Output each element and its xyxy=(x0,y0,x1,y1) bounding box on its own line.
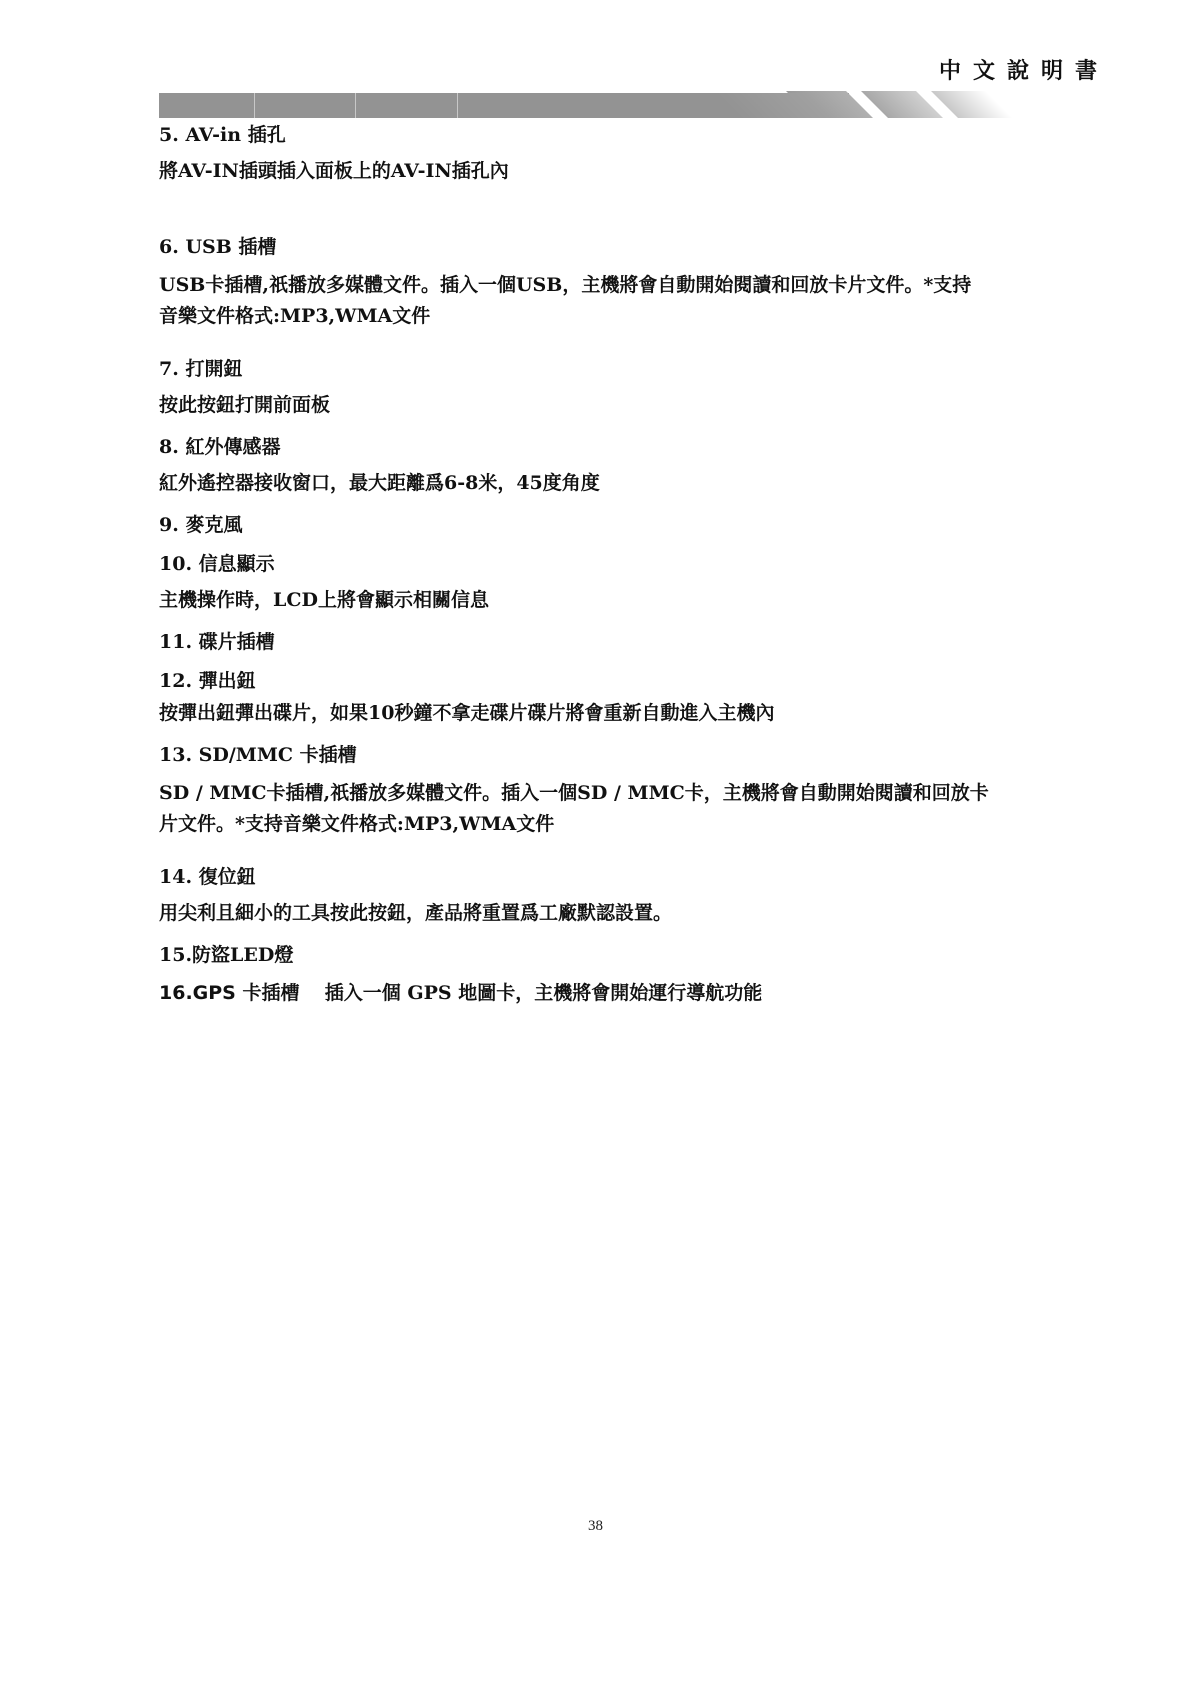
section-heading: 9. 麥克風 xyxy=(159,512,242,538)
section-body: 音樂文件格式:MP3,WMA文件 xyxy=(159,301,1119,332)
section-heading: 14. 復位鈕 xyxy=(159,864,672,890)
section-heading: 8. 紅外傳感器 xyxy=(159,434,600,460)
section-gps-slot: 16.GPS 卡插槽 插入一個 GPS 地圖卡，主機將會開始運行導航功能 xyxy=(159,980,762,1006)
section-body: SD / MMC卡插槽,祇播放多媒體文件。插入一個SD / MMC卡，主機將會自… xyxy=(159,778,1119,809)
section-body: 將AV-IN插頭插入面板上的AV-IN插孔內 xyxy=(159,156,509,187)
section-body: 紅外遙控器接收窗口，最大距離爲6-8米，45度角度 xyxy=(159,468,600,499)
section-anti-theft-led: 15.防盜LED燈 xyxy=(159,942,293,968)
header-band-divider xyxy=(355,93,356,118)
header-stripe xyxy=(931,91,1013,118)
section-body: 主機操作時，LCD上將會顯示相關信息 xyxy=(159,585,489,616)
section-heading: 16.GPS 卡插槽 xyxy=(159,982,299,1004)
section-body: 用尖利且細小的工具按此按鈕，產品將重置爲工廠默認設置。 xyxy=(159,898,672,929)
section-body: 按此按鈕打開前面板 xyxy=(159,390,330,421)
section-heading: 6. USB 插槽 xyxy=(159,234,1119,260)
section-sd-mmc: 13. SD/MMC 卡插槽 SD / MMC卡插槽,祇播放多媒體文件。插入一個… xyxy=(159,742,1119,840)
section-ir-sensor: 8. 紅外傳感器 紅外遙控器接收窗口，最大距離爲6-8米，45度角度 xyxy=(159,434,600,499)
section-disc-slot: 11. 碟片插槽 xyxy=(159,629,275,655)
section-heading: 12. 彈出鈕 xyxy=(159,668,774,694)
section-body: 按彈出鈕彈出碟片，如果10秒鐘不拿走碟片碟片將會重新自動進入主機內 xyxy=(159,698,774,729)
section-heading: 11. 碟片插槽 xyxy=(159,629,275,655)
section-microphone: 9. 麥克風 xyxy=(159,512,242,538)
header-band-divider xyxy=(457,93,458,118)
section-av-in: 5. AV-in 插孔 將AV-IN插頭插入面板上的AV-IN插孔內 xyxy=(159,122,509,187)
section-info-display: 10. 信息顯示 主機操作時，LCD上將會顯示相關信息 xyxy=(159,551,489,616)
header-band-divider xyxy=(254,93,255,118)
section-body: 片文件。*支持音樂文件格式:MP3,WMA文件 xyxy=(159,809,1119,840)
section-eject-button: 12. 彈出鈕 按彈出鈕彈出碟片，如果10秒鐘不拿走碟片碟片將會重新自動進入主機… xyxy=(159,668,774,729)
section-body: 插入一個 GPS 地圖卡，主機將會開始運行導航功能 xyxy=(325,982,762,1004)
section-heading: 7. 打開鈕 xyxy=(159,356,330,382)
document-title: 中文說明書 xyxy=(939,54,1109,85)
section-body: USB卡插槽,祇播放多媒體文件。插入一個USB，主機將會自動開始閱讀和回放卡片文… xyxy=(159,270,1119,301)
section-heading: 5. AV-in 插孔 xyxy=(159,122,509,148)
section-heading: 13. SD/MMC 卡插槽 xyxy=(159,742,1119,768)
section-usb: 6. USB 插槽 USB卡插槽,祇播放多媒體文件。插入一個USB，主機將會自動… xyxy=(159,234,1119,332)
section-heading: 15.防盜LED燈 xyxy=(159,942,293,968)
section-heading: 10. 信息顯示 xyxy=(159,551,489,577)
page-number: 38 xyxy=(0,1518,1191,1535)
section-reset-button: 14. 復位鈕 用尖利且細小的工具按此按鈕，產品將重置爲工廠默認設置。 xyxy=(159,864,672,929)
section-open-button: 7. 打開鈕 按此按鈕打開前面板 xyxy=(159,356,330,421)
